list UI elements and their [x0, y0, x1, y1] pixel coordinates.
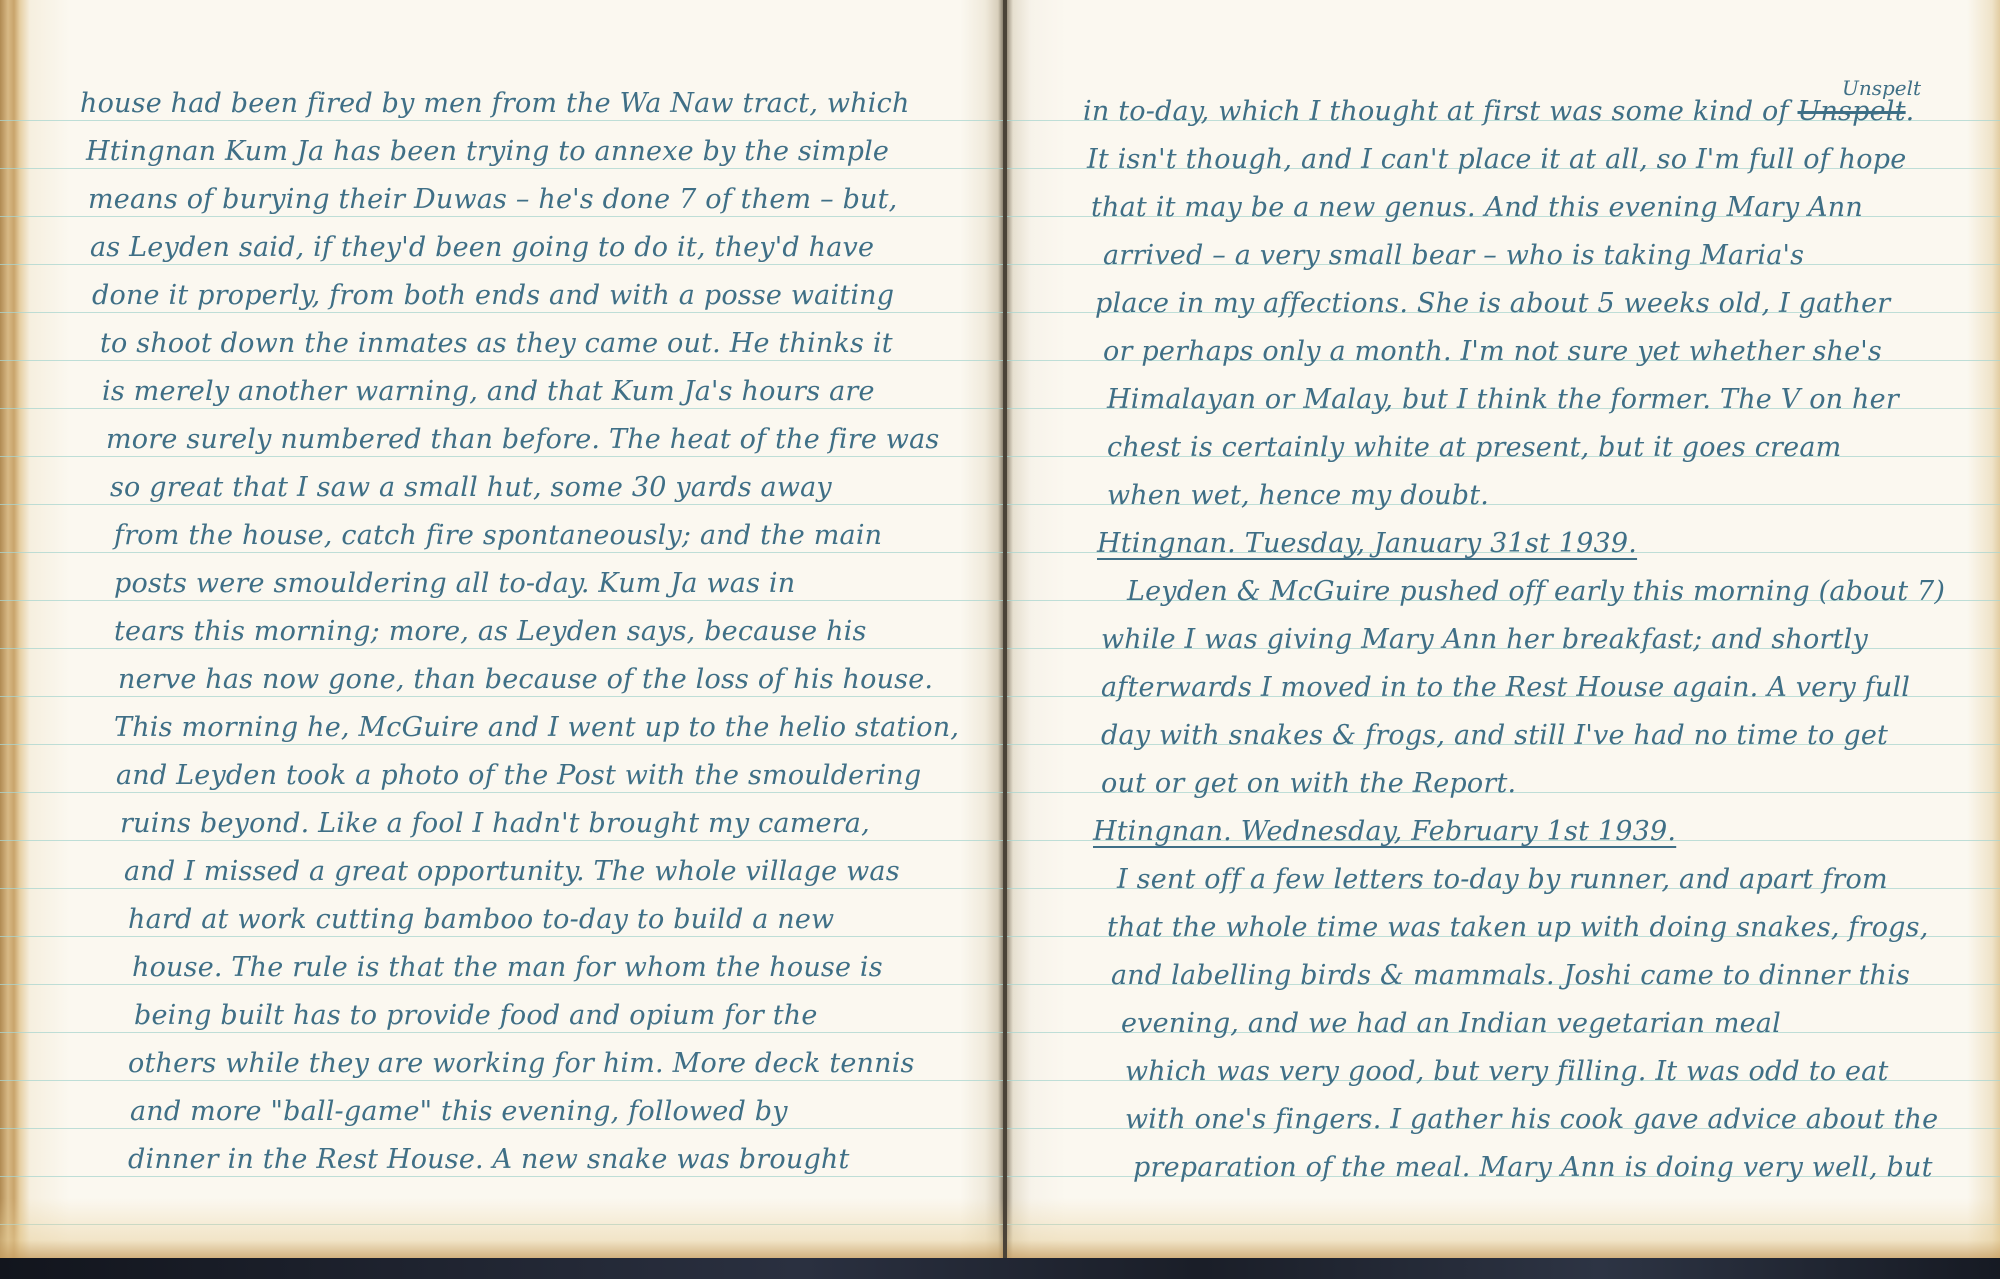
ruled-line — [0, 504, 1003, 505]
diary-line: ruins beyond. Like a fool I hadn't broug… — [120, 808, 870, 839]
diary-line: others while they are working for him. M… — [128, 1048, 915, 1079]
diary-line: posts were smouldering all to-day. Kum J… — [114, 568, 795, 599]
page-stain — [1007, 1198, 2000, 1258]
ruled-line — [0, 120, 1003, 121]
ruled-line — [0, 1176, 1003, 1177]
diary-line: day with snakes & frogs, and still I've … — [1101, 720, 1888, 751]
entry-heading: Htingnan. Wednesday, February 1st 1939. — [1093, 816, 1676, 847]
diary-line: arrived – a very small bear – who is tak… — [1103, 240, 1804, 271]
ruled-line — [0, 360, 1003, 361]
diary-text: . — [1906, 96, 1915, 127]
diary-line: dinner in the Rest House. A new snake wa… — [128, 1144, 850, 1175]
notebook-spread: house had been fired by men from the Wa … — [0, 0, 2000, 1258]
diary-line: This morning he, McGuire and I went up t… — [114, 712, 959, 743]
diary-line: more surely numbered than before. The he… — [106, 424, 939, 455]
diary-line: Leyden & McGuire pushed off early this m… — [1127, 576, 1945, 607]
diary-line: in to-day, which I thought at first was … — [1083, 96, 1914, 127]
diary-line: while I was giving Mary Ann her breakfas… — [1101, 624, 1868, 655]
diary-line: done it properly, from both ends and wit… — [92, 280, 894, 311]
ruled-line — [0, 408, 1003, 409]
diary-line: which was very good, but very filling. I… — [1125, 1056, 1889, 1087]
ruled-line — [0, 552, 1003, 553]
diary-line: to shoot down the inmates as they came o… — [100, 328, 893, 359]
ruled-line — [0, 1032, 1003, 1033]
diary-line: and labelling birds & mammals. Joshi cam… — [1111, 960, 1910, 991]
left-page: house had been fired by men from the Wa … — [0, 0, 1003, 1258]
diary-line: house had been fired by men from the Wa … — [80, 88, 910, 119]
diary-line: means of burying their Duwas – he's done… — [88, 184, 897, 215]
diary-line: as Leyden said, if they'd been going to … — [90, 232, 874, 263]
ruled-line — [0, 936, 1003, 937]
diary-line: Himalayan or Malay, but I think the form… — [1107, 384, 1899, 415]
diary-text: in to-day, which I thought at first was … — [1083, 96, 1797, 127]
diary-line: Htingnan Kum Ja has been trying to annex… — [86, 136, 889, 167]
diary-line: and I missed a great opportunity. The wh… — [124, 856, 900, 887]
ruled-line — [0, 792, 1003, 793]
ruled-line — [0, 456, 1003, 457]
diary-line: that the whole time was taken up with do… — [1107, 912, 1929, 943]
ruled-line — [0, 696, 1003, 697]
diary-line: and Leyden took a photo of the Post with… — [116, 760, 921, 791]
ruled-line — [0, 264, 1003, 265]
ruled-line — [0, 1080, 1003, 1081]
ruled-line — [0, 840, 1003, 841]
ruled-line — [0, 168, 1003, 169]
ruled-line — [0, 312, 1003, 313]
ruled-line — [0, 744, 1003, 745]
ruled-line — [0, 888, 1003, 889]
diary-line: when wet, hence my doubt. — [1107, 480, 1489, 511]
diary-line: nerve has now gone, than because of the … — [118, 664, 933, 695]
diary-line: is merely another warning, and that Kum … — [102, 376, 875, 407]
struck-word: Unspelt — [1797, 96, 1905, 127]
diary-line: place in my affections. She is about 5 w… — [1095, 288, 1890, 319]
diary-line: so great that I saw a small hut, some 30… — [110, 472, 832, 503]
diary-line: chest is certainly white at present, but… — [1107, 432, 1841, 463]
diary-line: out or get on with the Report. — [1101, 768, 1516, 799]
diary-line: tears this morning; more, as Leyden says… — [114, 616, 867, 647]
background-surface — [0, 1258, 2000, 1279]
diary-line: It isn't though, and I can't place it at… — [1087, 144, 1906, 175]
ruled-line — [0, 984, 1003, 985]
diary-line: I sent off a few letters to-day by runne… — [1117, 864, 1888, 895]
diary-line: evening, and we had an Indian vegetarian… — [1121, 1008, 1781, 1039]
diary-line: from the house, catch fire spontaneously… — [114, 520, 882, 551]
ruled-line — [0, 1128, 1003, 1129]
diary-line: being built has to provide food and opiu… — [134, 1000, 818, 1031]
ruled-line — [0, 600, 1003, 601]
diary-line: that it may be a new genus. And this eve… — [1091, 192, 1863, 223]
diary-line: afterwards I moved in to the Rest House … — [1101, 672, 1910, 703]
diary-line: with one's fingers. I gather his cook ga… — [1125, 1104, 1938, 1135]
right-page: Unspelt in to-day, which I thought at fi… — [1007, 0, 2000, 1258]
diary-line: preparation of the meal. Mary Ann is doi… — [1133, 1152, 1933, 1183]
diary-line: or perhaps only a month. I'm not sure ye… — [1103, 336, 1882, 367]
diary-line: and more "ball-game" this evening, follo… — [130, 1096, 788, 1127]
ruled-line — [0, 216, 1003, 217]
diary-line: hard at work cutting bamboo to-day to bu… — [128, 904, 834, 935]
diary-line: house. The rule is that the man for whom… — [132, 952, 883, 983]
page-stain — [0, 1198, 1003, 1258]
entry-heading: Htingnan. Tuesday, January 31st 1939. — [1097, 528, 1637, 559]
ruled-line — [0, 648, 1003, 649]
